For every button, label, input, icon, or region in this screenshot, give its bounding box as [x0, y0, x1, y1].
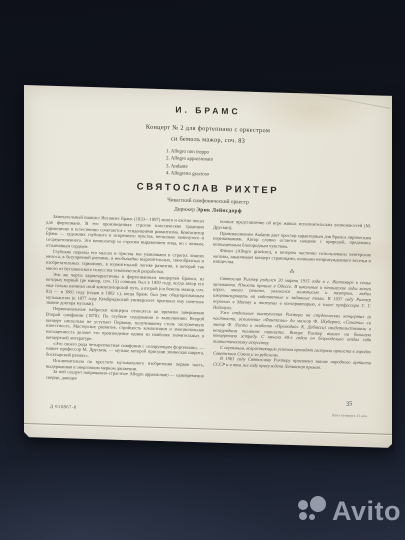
liner-paragraph: Эти же черты характеристичны и фортепиан… [46, 271, 204, 310]
artist-biography: Святослав Рихтер родился 20 марта 1915 г… [213, 275, 371, 372]
composer-title: И. БРАМС [24, 100, 392, 121]
price-note: Цена конверта 25 коп. [332, 413, 368, 418]
movement-item: 4. Allegretto grazioso [166, 170, 213, 179]
liner-paragraph: Замечательный пианист Иоганнес Брамс (18… [46, 214, 204, 253]
avito-watermark-label: Avito [332, 494, 401, 528]
liner-paragraph: Финал (Allegro grazioso), в котором част… [213, 247, 371, 269]
conductor-name: Эрик Лейнсдорф [196, 207, 242, 214]
conductor-prefix: Дирижер [174, 206, 196, 213]
movement-list: 1. Allegro non troppo 2. Allegro appassi… [166, 148, 213, 179]
sleeve-flap-seam [271, 86, 390, 109]
listing-photo: И. БРАМС Концерт № 2 для фортепиано с ор… [0, 0, 405, 540]
handwritten-mark: 35 [345, 400, 353, 408]
bio-paragraph: Святослав Рихтер родился 20 марта 1915 г… [213, 275, 371, 314]
liner-paragraph: Первоначальные наброски концерта относят… [46, 306, 204, 345]
liner-notes-left-column: Замечательный пианист Иоганнес Брамс (18… [46, 214, 204, 385]
worn-corner-bottom-left [22, 430, 31, 439]
liner-notes-right-column: полное представление об игре живых испол… [213, 219, 371, 390]
catalog-number: Д 010867-8 [50, 404, 76, 410]
liner-notes: Замечательный пианист Иоганнес Брамс (18… [46, 214, 372, 390]
avito-watermark: Avito [296, 494, 401, 528]
worn-corner-bottom-right [385, 442, 394, 451]
bio-paragraph: Уже отдельные выступления Рихтера на сту… [213, 310, 371, 349]
record-sleeve-back: И. БРАМС Концерт № 2 для фортепиано с ор… [24, 85, 392, 448]
avito-logo-icon [296, 494, 330, 528]
sleeve-bottom-seam [24, 423, 392, 435]
